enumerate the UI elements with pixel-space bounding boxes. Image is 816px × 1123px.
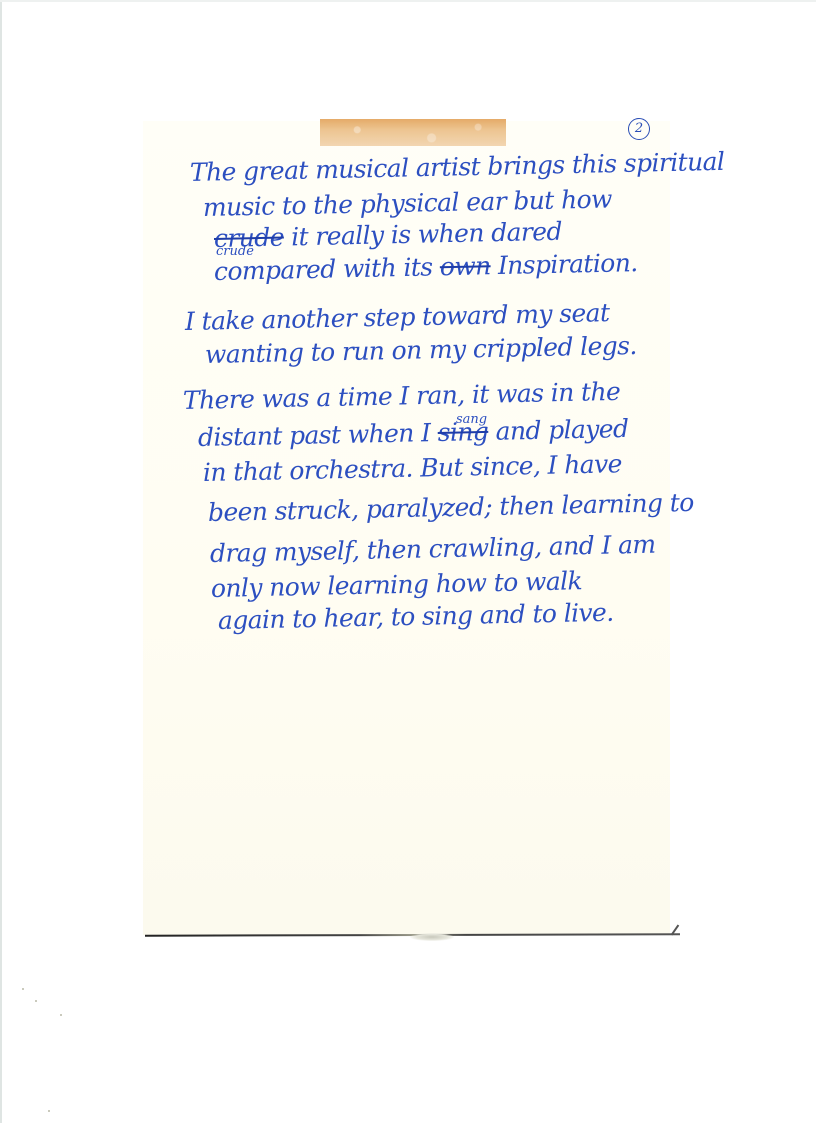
line-text: it really is when dared [284,217,563,252]
paper-tear [410,933,454,941]
page-number: 2 [635,121,643,136]
line-text: compared with its [214,252,440,286]
page-number-circle: 2 [628,118,650,140]
struck-word: sing [437,417,488,447]
scan-speck [60,1014,62,1016]
scan-edge-left [0,0,2,1123]
adhesive-tape-strip [320,119,506,146]
scan-speck [48,1110,50,1112]
line-text: and played [488,414,629,446]
scan-edge-top [0,0,816,2]
scan-speck [22,988,24,990]
line-text: Inspiration. [490,248,638,280]
scan-speck [35,1000,37,1002]
line-text: distant past when I [198,418,438,452]
struck-word: own [440,251,491,281]
